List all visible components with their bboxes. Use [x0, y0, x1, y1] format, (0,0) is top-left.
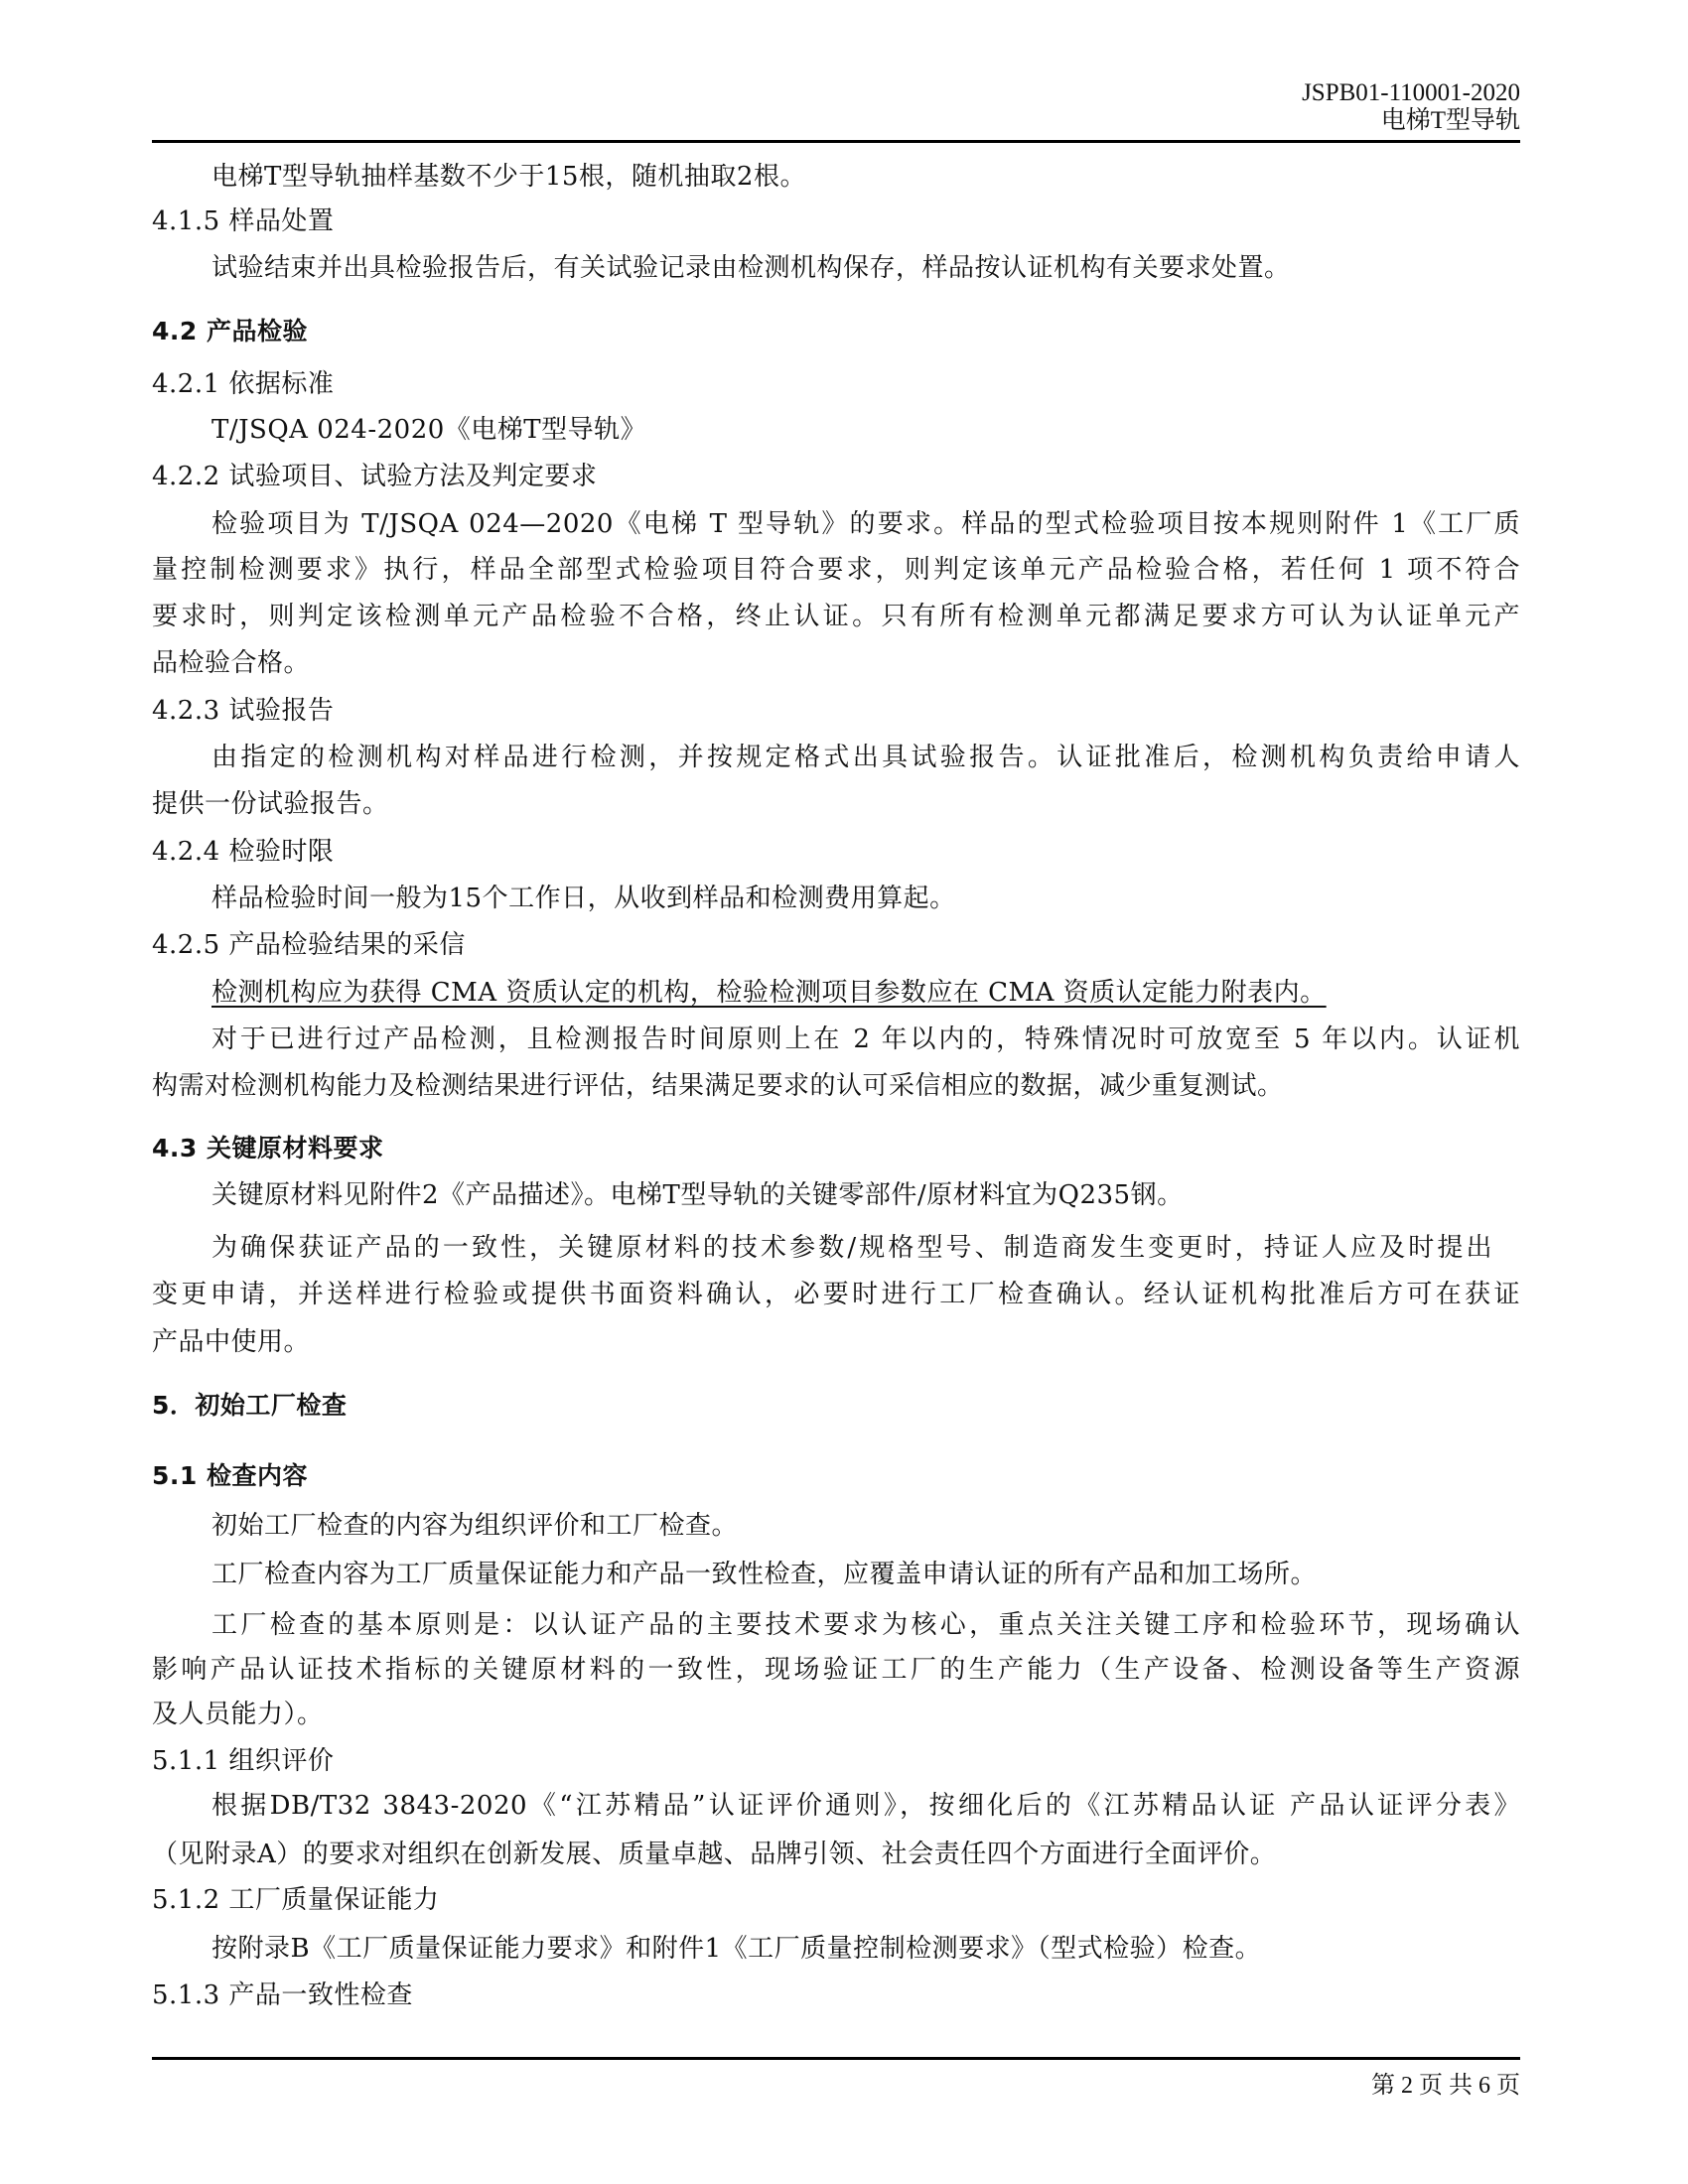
paragraph-5-1-2: 按附录B《工厂质量保证能力要求》和附件1《工厂质量控制检测要求》（型式检验）检查… — [211, 1932, 1520, 1966]
page-number: 第 2 页 共 6 页 — [1371, 2065, 1520, 2100]
paragraph-4-3-b-line: 为确保获证产品的一致性，关键原材料的技术参数/规格型号、制造商发生变更时，持证人… — [211, 1231, 1492, 1265]
heading-5-1-3: 5.1.3 产品一致性检查 — [152, 1979, 1520, 2012]
heading-4-2-3: 4.2.3 试验报告 — [152, 694, 1520, 728]
heading-5: 5．初始工厂检查 — [152, 1389, 1520, 1423]
heading-4-1-5: 4.1.5 样品处置 — [152, 205, 1520, 238]
underlined-text: 检测机构应为获得 CMA 资质认定的机构，检验检测项目参数应在 CMA 资质认定… — [211, 978, 1327, 1008]
paragraph-4-2-3-line: 提供一份试验报告。 — [152, 787, 1520, 821]
paragraph-5-1-a: 初始工厂检查的内容为组织评价和工厂检查。 — [211, 1509, 1520, 1543]
paragraph-5-1-c-line: 工厂检查的基本原则是：以认证产品的主要技术要求为核心，重点关注关键工序和检验环节… — [211, 1608, 1520, 1642]
heading-4-2-4: 4.2.4 检验时限 — [152, 835, 1520, 869]
paragraph-4-2-2-line: 量控制检测要求》执行，样品全部型式检验项目符合要求，则判定该单元产品检验合格，若… — [152, 553, 1520, 587]
document-code: JSPB01-110001-2020 — [1302, 79, 1520, 107]
paragraph-5-1-1-line: 根据DB/T32 3843-2020《“江苏精品”认证评价通则》，按细化后的《江… — [211, 1789, 1520, 1823]
paragraph-5-1-b: 工厂检查内容为工厂质量保证能力和产品一致性检查，应覆盖申请认证的所有产品和加工场… — [211, 1558, 1520, 1591]
heading-4-2-2: 4.2.2 试验项目、试验方法及判定要求 — [152, 460, 1520, 493]
document-header-title: 电梯T型导轨 — [1381, 107, 1520, 135]
header-rule — [152, 140, 1520, 143]
paragraph-4-1-5: 试验结束并出具检验报告后，有关试验记录由检测机构保存，样品按认证机构有关要求处置… — [211, 251, 1520, 285]
heading-5-1-1: 5.1.1 组织评价 — [152, 1744, 1520, 1778]
paragraph-4-2-5-underlined: 检测机构应为获得 CMA 资质认定的机构，检验检测项目参数应在 CMA 资质认定… — [211, 976, 1327, 1010]
heading-5-1-2: 5.1.2 工厂质量保证能力 — [152, 1883, 1520, 1917]
heading-4-2: 4.2 产品检验 — [152, 315, 1520, 348]
paragraph-4-2-5-line: 构需对检测机构能力及检测结果进行评估，结果满足要求的认可采信相应的数据，减少重复… — [152, 1069, 1520, 1103]
heading-4-3: 4.3 关键原材料要求 — [152, 1132, 1520, 1165]
heading-4-2-1: 4.2.1 依据标准 — [152, 367, 1520, 401]
paragraph-4-2-5-line: 对于已进行过产品检测，且检测报告时间原则上在 2 年以内的，特殊情况时可放宽至 … — [211, 1023, 1520, 1056]
paragraph-5-1-c-line: 影响产品认证技术指标的关键原材料的一致性，现场验证工厂的生产能力（生产设备、检测… — [152, 1653, 1520, 1687]
paragraph-sampling: 电梯T型导轨抽样基数不少于15根，随机抽取2根。 — [211, 160, 1520, 194]
paragraph-4-2-3-line: 由指定的检测机构对样品进行检测，并按规定格式出具试验报告。认证批准后，检测机构负… — [211, 741, 1520, 774]
paragraph-4-3-a: 关键原材料见附件2《产品描述》。电梯T型导轨的关键零部件/原材料宜为Q235钢。 — [211, 1178, 1520, 1212]
paragraph-5-1-1-line: （见附录A）的要求对组织在创新发展、质量卓越、品牌引领、社会责任四个方面进行全面… — [152, 1838, 1520, 1871]
paragraph-4-3-b-line: 变更申请，并送样进行检验或提供书面资料确认，必要时进行工厂检查确认。经认证机构批… — [152, 1278, 1520, 1311]
paragraph-4-2-4: 样品检验时间一般为15个工作日，从收到样品和检测费用算起。 — [211, 882, 1520, 915]
paragraph-5-1-c-line: 及人员能力）。 — [152, 1698, 1520, 1731]
heading-4-2-5: 4.2.5 产品检验结果的采信 — [152, 928, 1520, 962]
paragraph-4-2-2-line: 品检验合格。 — [152, 646, 1520, 680]
paragraph-4-3-b-line: 产品中使用。 — [152, 1325, 1520, 1359]
heading-5-1: 5.1 检查内容 — [152, 1459, 1520, 1493]
paragraph-4-2-1: T/JSQA 024-2020《电梯T型导轨》 — [211, 413, 1520, 447]
paragraph-4-2-2-line: 检验项目为 T/JSQA 024—2020《电梯 T 型导轨》的要求。样品的型式… — [211, 507, 1520, 541]
footer-rule — [152, 2057, 1520, 2060]
paragraph-4-2-2-line: 要求时，则判定该检测单元产品检验不合格，终止认证。只有所有检测单元都满足要求方可… — [152, 600, 1520, 633]
